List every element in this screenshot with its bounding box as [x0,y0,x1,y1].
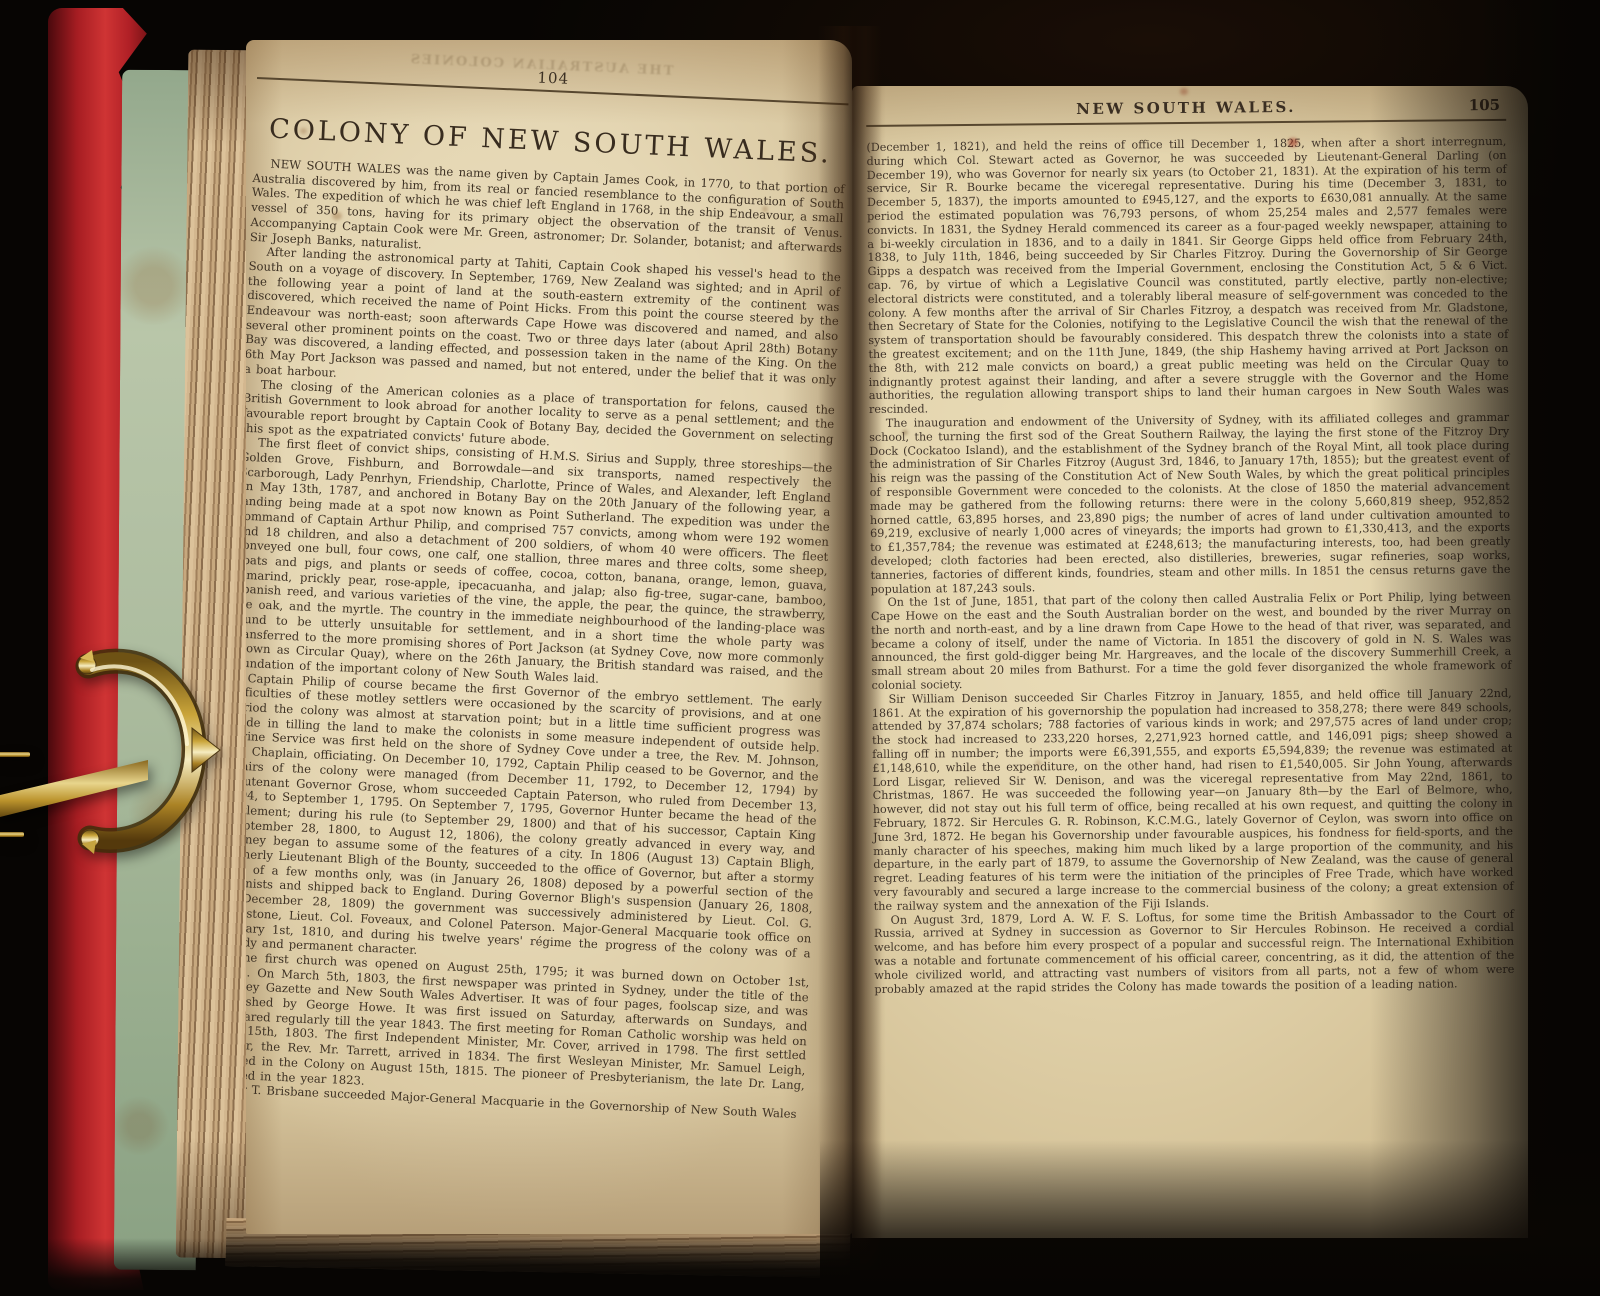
running-header-row: NEW SOUTH WALES. 105 [866,96,1506,122]
paragraph: (December 1, 1821), and held the reins o… [866,135,1509,417]
anchor-icon [0,636,246,886]
paragraph: After landing the astronomical party at … [246,244,841,403]
right-page-number: 105 [1469,96,1500,114]
right-page-body: (December 1, 1821), and held the reins o… [866,135,1514,997]
paragraph: The first fleet of convict ships, consis… [246,435,833,696]
book-photo: THE AUSTRALIAN COLONIES 104 COLONY OF NE… [0,0,1600,1296]
left-page-text: 104 COLONY OF NEW SOUTH WALES. NEW SOUTH… [246,56,849,1122]
brass-anchor-clip [0,636,246,886]
paragraph: Sir William Denison succeeded Sir Charle… [872,687,1514,914]
paragraph: On the 1st of June, 1851, that part of t… [871,590,1512,693]
right-page-text: NEW SOUTH WALES. 105 (December 1, 1821),… [866,96,1515,997]
left-page: THE AUSTRALIAN COLONIES 104 COLONY OF NE… [246,40,852,1234]
paragraph: The first church was opened on August 25… [246,949,810,1108]
paragraph: The inauguration and endowment of the Un… [869,411,1511,596]
paragraph: On August 3rd, 1879, Lord A. W. F. S. Lo… [874,907,1515,996]
right-page: NEW SOUTH WALES. 105 (December 1, 1821),… [852,86,1528,1238]
paragraph: Captain Philip of course became the firs… [246,670,822,975]
running-header: NEW SOUTH WALES. [866,96,1506,120]
